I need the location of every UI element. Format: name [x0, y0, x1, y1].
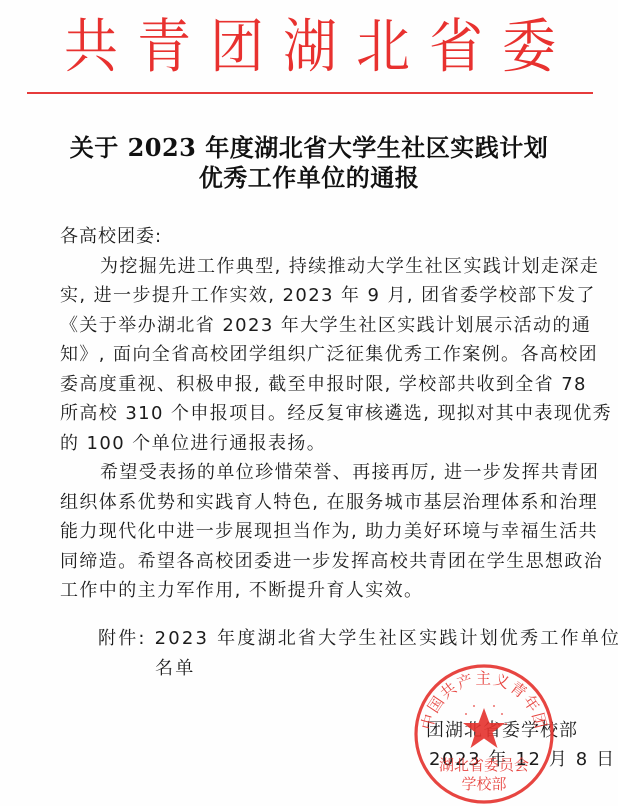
- masthead-char: 北: [356, 11, 410, 82]
- paragraph-line: 的 100 个单位进行通报表扬。: [60, 429, 580, 459]
- masthead-char: 共: [64, 11, 118, 82]
- paragraph-line: 组织体系优势和实践育人特色, 在服务城市基层治理体系和治理: [60, 488, 580, 518]
- masthead-char: 委: [502, 11, 556, 82]
- document-body: 各高校团委: 为挖掘先进工作典型, 持续推动大学生社区实践计划走深走 实, 进一…: [60, 222, 580, 606]
- masthead-char: 湖: [283, 11, 337, 82]
- masthead-divider: [27, 92, 593, 94]
- paragraph-line: 实, 进一步提升工作实效, 2023 年 9 月, 团省委学校部下发了: [60, 281, 580, 311]
- document-title-line-2: 优秀工作单位的通报: [40, 158, 578, 193]
- issuer-name: 团湖北省委学校部: [426, 716, 616, 745]
- attachment-note: 附件: 2023 年度湖北省大学生社区实践计划优秀工作单位 名单: [98, 624, 618, 684]
- paragraph-line: 《关于举办湖北省 2023 年大学生社区实践计划展示活动的通: [60, 311, 580, 341]
- paragraph-line: 为挖掘先进工作典型, 持续推动大学生社区实践计划走深走: [60, 252, 580, 282]
- paragraph-line: 工作中的主力军作用, 不断提升育人实效。: [60, 576, 580, 606]
- attachment-title-line-2: 名单: [98, 654, 618, 684]
- paragraph-line: 希望受表扬的单位珍惜荣誉、再接再厉, 进一步发挥共青团: [60, 458, 580, 488]
- paragraph-line: 同缔造。希望各高校团委进一步发挥高校共青团在学生思想政治: [60, 547, 580, 577]
- attachment-label: 附件:: [98, 628, 147, 649]
- paragraph-line: 所高校 310 个申报项目。经反复审核遴选, 现拟对其中表现优秀: [60, 399, 580, 429]
- salutation: 各高校团委:: [60, 222, 580, 252]
- document-page: 共 青 团 湖 北 省 委 关于 2023 年度湖北省大学生社区实践计划 优秀工…: [0, 0, 618, 806]
- signature-block: 团湖北省委学校部 2023 年 12 月 8 日: [426, 716, 616, 774]
- attachment-title-line-1: 2023 年度湖北省大学生社区实践计划优秀工作单位: [155, 628, 618, 649]
- paragraph-line: 能力现代化中进一步展现担当作为, 助力美好环境与幸福生活共: [60, 517, 580, 547]
- paragraph-1: 为挖掘先进工作典型, 持续推动大学生社区实践计划走深走 实, 进一步提升工作实效…: [60, 252, 580, 459]
- masthead: 共 青 团 湖 北 省 委: [64, 14, 556, 80]
- paragraph-2: 希望受表扬的单位珍惜荣誉、再接再厉, 进一步发挥共青团 组织体系优势和实践育人特…: [60, 458, 580, 606]
- paragraph-line: 委高度重视、积极申报, 截至申报时限, 学校部共收到全省 78: [60, 370, 580, 400]
- paragraph-line: 知》, 面向全省高校团学组织广泛征集优秀工作案例。各高校团: [60, 340, 580, 370]
- seal-dept-name: 学校部: [461, 775, 506, 793]
- masthead-char: 团: [210, 11, 264, 82]
- masthead-char: 青: [137, 11, 191, 82]
- masthead-char: 省: [429, 11, 483, 82]
- issue-date: 2023 年 12 月 8 日: [426, 745, 616, 774]
